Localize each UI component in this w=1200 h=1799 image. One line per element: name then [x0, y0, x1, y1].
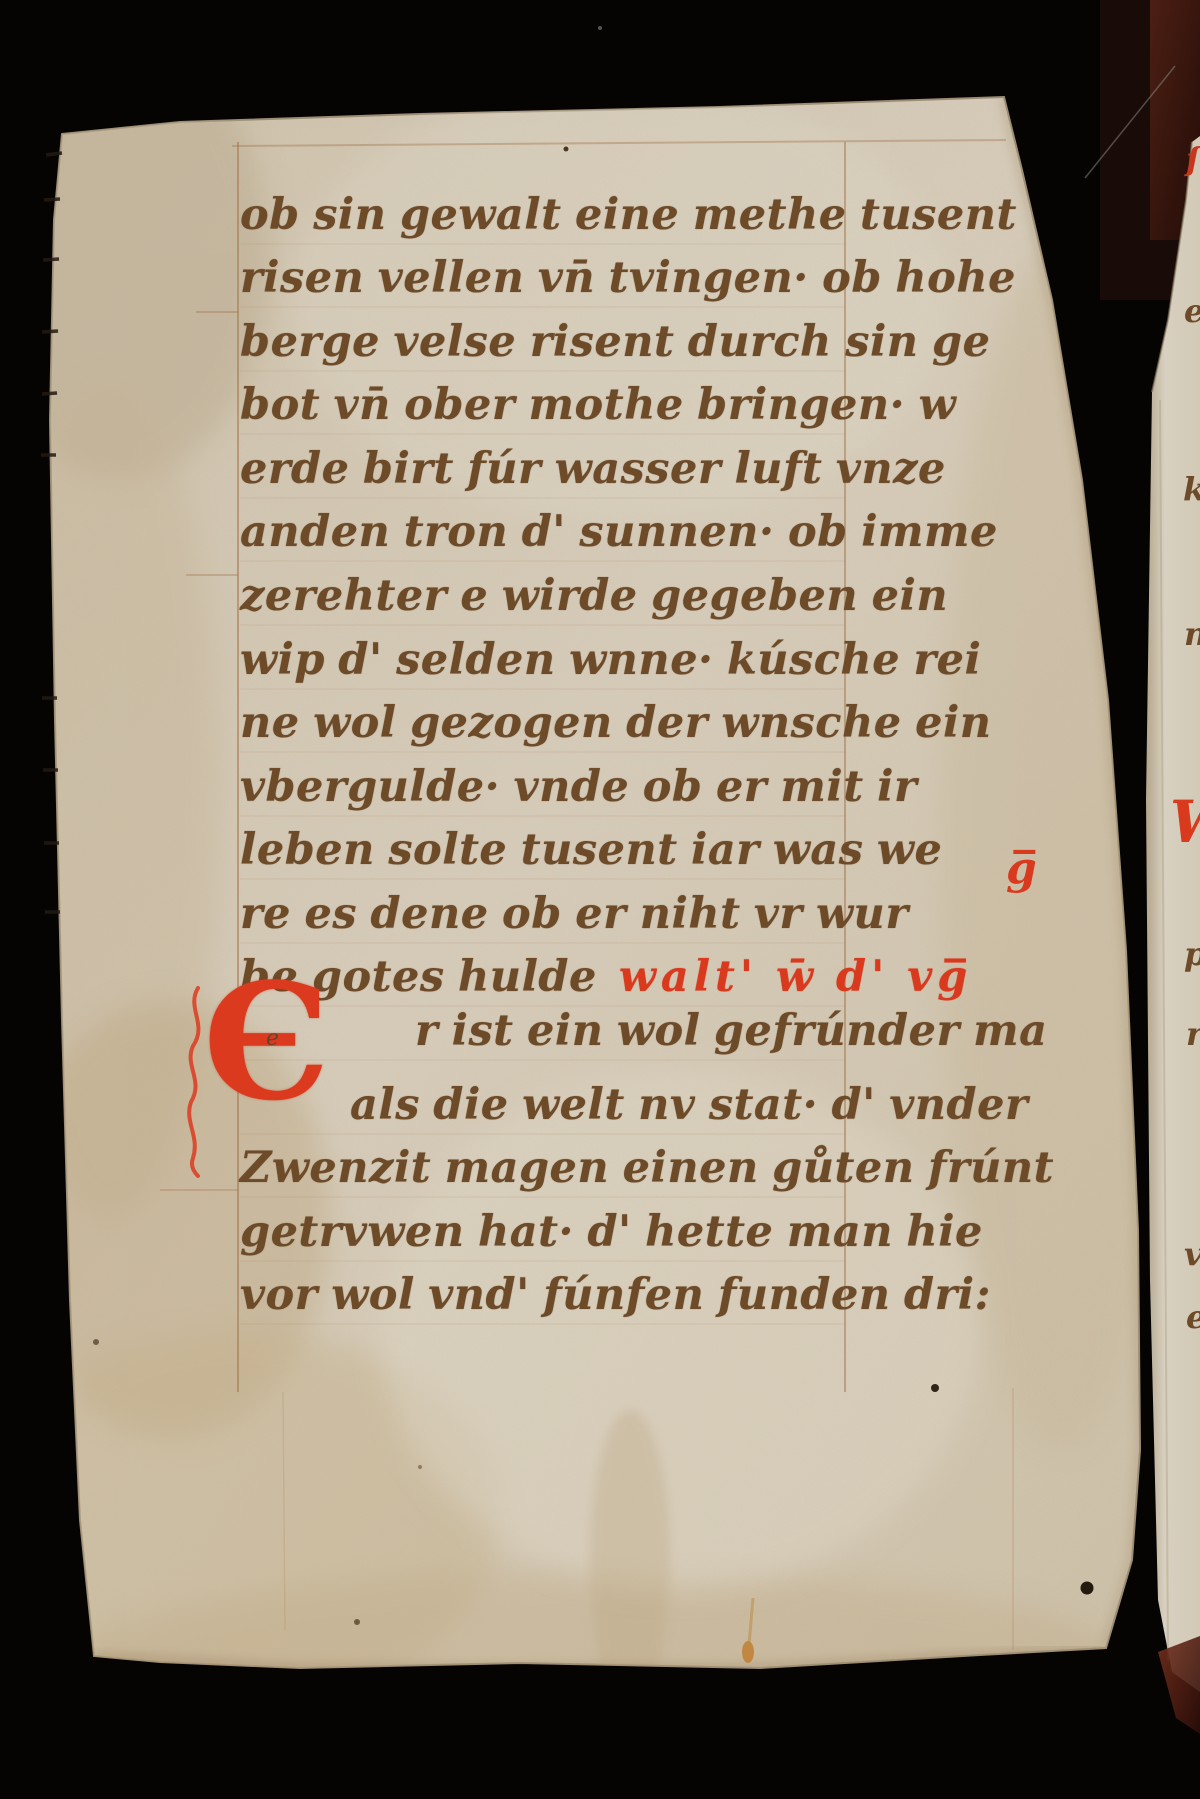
folio-edge-fragment: n — [1184, 615, 1200, 653]
photograph-stage: ob sin gewalt eine methe tusent risen ve… — [0, 0, 1200, 1799]
folio-edge-fragment: r — [1186, 1015, 1200, 1053]
binding-bottom-right — [1158, 1636, 1200, 1734]
manuscript-line-16: Zwenzit magen einen gůten frúnt — [240, 1145, 1054, 1192]
manuscript-line-10: vbergulde· vnde ob er mit ir — [240, 764, 917, 811]
manuscript-line-4: bot vn̄ ober mothe bringen· w — [240, 382, 956, 429]
folio-edge-fragment: W — [1170, 788, 1200, 856]
penwork-flourish — [184, 984, 216, 1179]
folio-edge-fragment: e — [1184, 292, 1200, 330]
folio-edge-fragment: e — [1186, 1298, 1200, 1336]
manuscript-line-9: ne wol gezogen der wnsche ein — [240, 700, 992, 747]
manuscript-line-12: re es dene ob er niht vr wur — [240, 891, 908, 938]
manuscript-line-5: erde birt fúr wasser luft vnze — [240, 446, 946, 493]
folio-edge-fragment: ſ — [1186, 140, 1200, 178]
manuscript-line-6: anden tron d' sunnen· ob imme — [240, 509, 998, 556]
folio-edge-fragment: k — [1183, 470, 1200, 508]
margin-rubric-mark: g̅ — [1006, 843, 1039, 894]
manuscript-line-3: berge velse risent durch sin ge — [240, 319, 990, 366]
next-folio-edge — [1146, 136, 1200, 1692]
manuscript-line-11: leben solte tusent iar was we — [240, 827, 942, 874]
rubric-author-heading: walt' w̄ d' vg̅ — [619, 952, 972, 1002]
manuscript-line-2: risen vellen vn̄ tvingen· ob hohe — [240, 255, 1016, 302]
manuscript-line-15: als die welt nv stat· d' vnder — [350, 1082, 1028, 1129]
dust-speck — [598, 26, 602, 30]
manuscript-line-13: be gotes huldewalt' w̄ d' vg̅ — [240, 954, 972, 1001]
manuscript-line-17: getrvwen hat· d' hette man hie — [240, 1209, 983, 1256]
manuscript-line-7: zerehter e wirde gegeben ein — [240, 573, 948, 620]
manuscript-line-1: ob sin gewalt eine methe tusent — [240, 192, 1017, 239]
manuscript-line-8: wip d' selden wnne· kúsche rei — [240, 637, 981, 684]
guide-letter: e — [266, 1026, 279, 1051]
folio-edge-fragment: p — [1184, 935, 1200, 973]
manuscript-line-18: vor wol vnd' fúnfen funden dri: — [240, 1272, 991, 1319]
folio-edge-fragment: v — [1184, 1235, 1200, 1273]
manuscript-line-14: r ist ein wol gefrúnder ma — [415, 1008, 1047, 1055]
